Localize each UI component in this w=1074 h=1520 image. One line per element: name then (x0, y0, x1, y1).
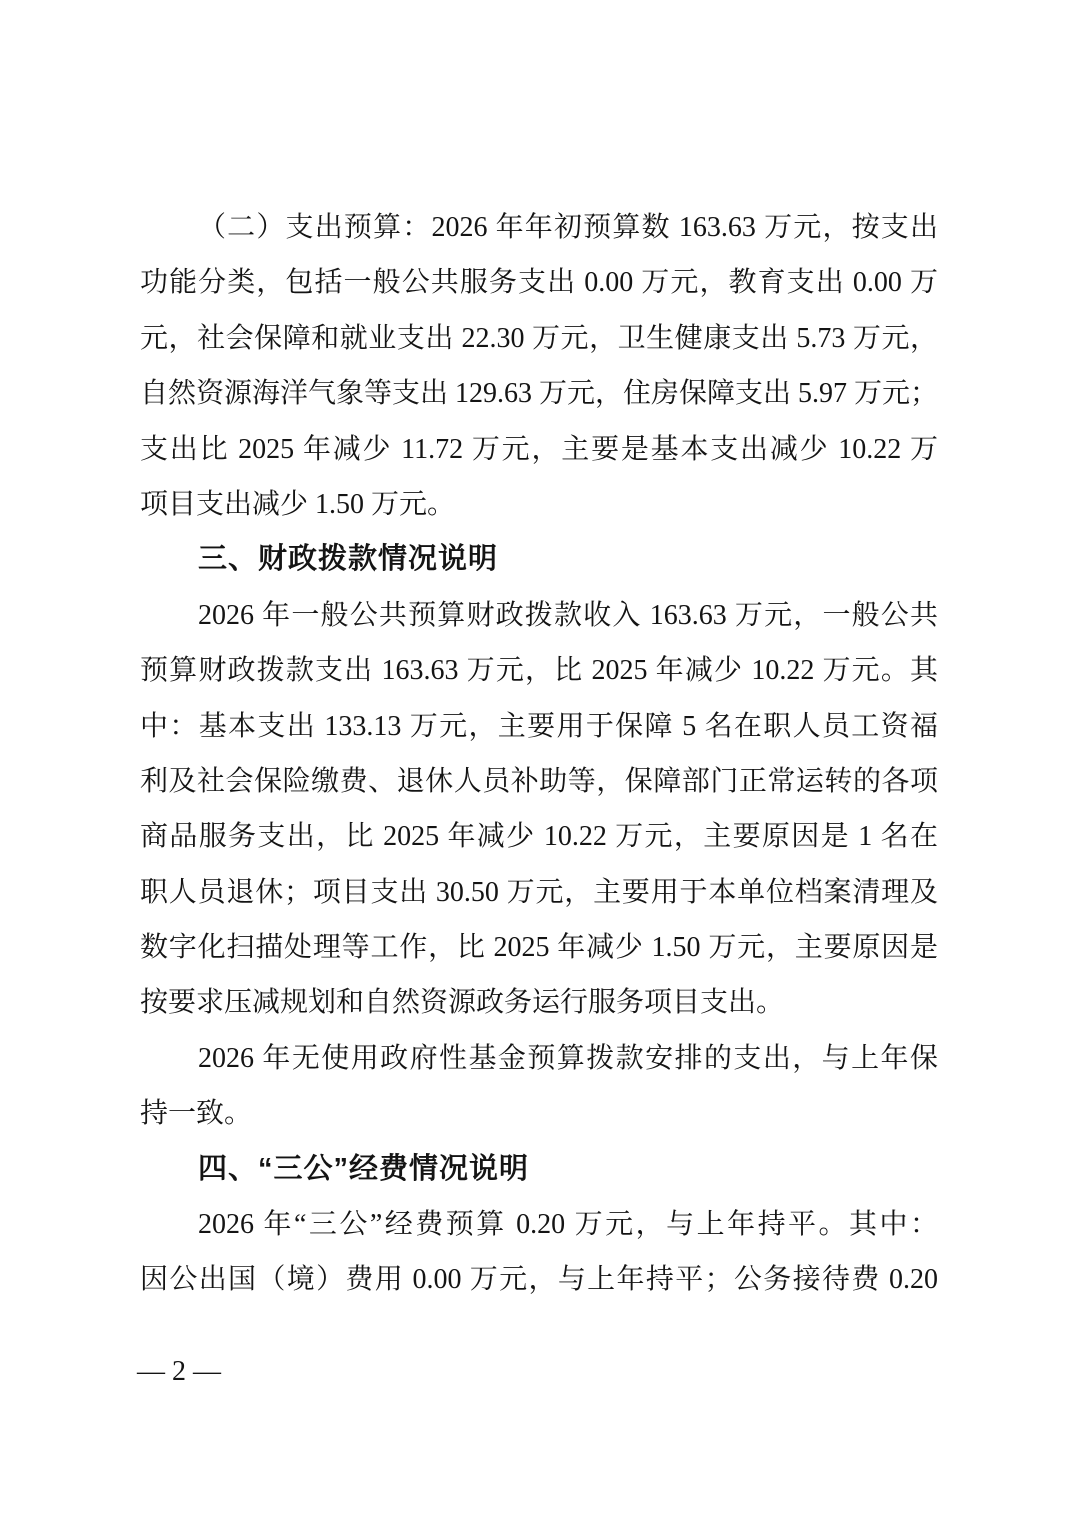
paragraph-fiscal-appropriation-line-6: 职人员退休；项目支出 30.50 万元，主要用于本单位档案清理及 (140, 865, 938, 920)
paragraph-fiscal-appropriation-line-5: 商品服务支出，比 2025 年减少 10.22 万元，主要原因是 1 名在 (140, 809, 938, 864)
paragraph-expenditure-budget-line-6: 项目支出减少 1.50 万元。 (140, 477, 938, 532)
paragraph-fiscal-appropriation-line-3: 中：基本支出 133.13 万元，主要用于保障 5 名在职人员工资福 (140, 699, 938, 754)
paragraph-fiscal-appropriation-line-7: 数字化扫描处理等工作，比 2025 年减少 1.50 万元，主要原因是 (140, 920, 938, 975)
paragraph-fiscal-appropriation-line-2: 预算财政拨款支出 163.63 万元，比 2025 年减少 10.22 万元。其 (140, 643, 938, 698)
paragraph-three-public-line-2: 因公出国（境）费用 0.00 万元，与上年持平；公务接待费 0.20 (140, 1252, 938, 1307)
paragraph-expenditure-budget-line-1: （二）支出预算：2026 年年初预算数 163.63 万元，按支出 (140, 200, 938, 255)
document-page: （二）支出预算：2026 年年初预算数 163.63 万元，按支出 功能分类，包… (0, 0, 1074, 1520)
paragraph-expenditure-budget-line-3: 元，社会保障和就业支出 22.30 万元，卫生健康支出 5.73 万元， (140, 311, 938, 366)
paragraph-fiscal-appropriation-line-4: 利及社会保险缴费、退休人员补助等，保障部门正常运转的各项 (140, 754, 938, 809)
page-number: — 2 — (137, 1352, 221, 1392)
paragraph-government-fund-line-2: 持一致。 (140, 1086, 938, 1141)
paragraph-expenditure-budget-line-4: 自然资源海洋气象等支出 129.63 万元，住房保障支出 5.97 万元； (140, 366, 938, 421)
section-heading-three-public-expenses: 四、“三公”经费情况说明 (140, 1142, 938, 1197)
paragraph-fiscal-appropriation-line-8: 按要求压减规划和自然资源政务运行服务项目支出。 (140, 975, 938, 1030)
paragraph-fiscal-appropriation-line-1: 2026 年一般公共预算财政拨款收入 163.63 万元，一般公共 (140, 588, 938, 643)
document-body: （二）支出预算：2026 年年初预算数 163.63 万元，按支出 功能分类，包… (140, 200, 938, 1308)
paragraph-government-fund-line-1: 2026 年无使用政府性基金预算拨款安排的支出，与上年保 (140, 1031, 938, 1086)
paragraph-expenditure-budget-line-2: 功能分类，包括一般公共服务支出 0.00 万元，教育支出 0.00 万 (140, 255, 938, 310)
paragraph-expenditure-budget-line-5: 支出比 2025 年减少 11.72 万元，主要是基本支出减少 10.22 万元… (140, 422, 938, 477)
section-heading-fiscal-appropriation: 三、财政拨款情况说明 (140, 532, 938, 587)
paragraph-three-public-line-1: 2026 年“三公”经费预算 0.20 万元，与上年持平。其中： (140, 1197, 938, 1252)
